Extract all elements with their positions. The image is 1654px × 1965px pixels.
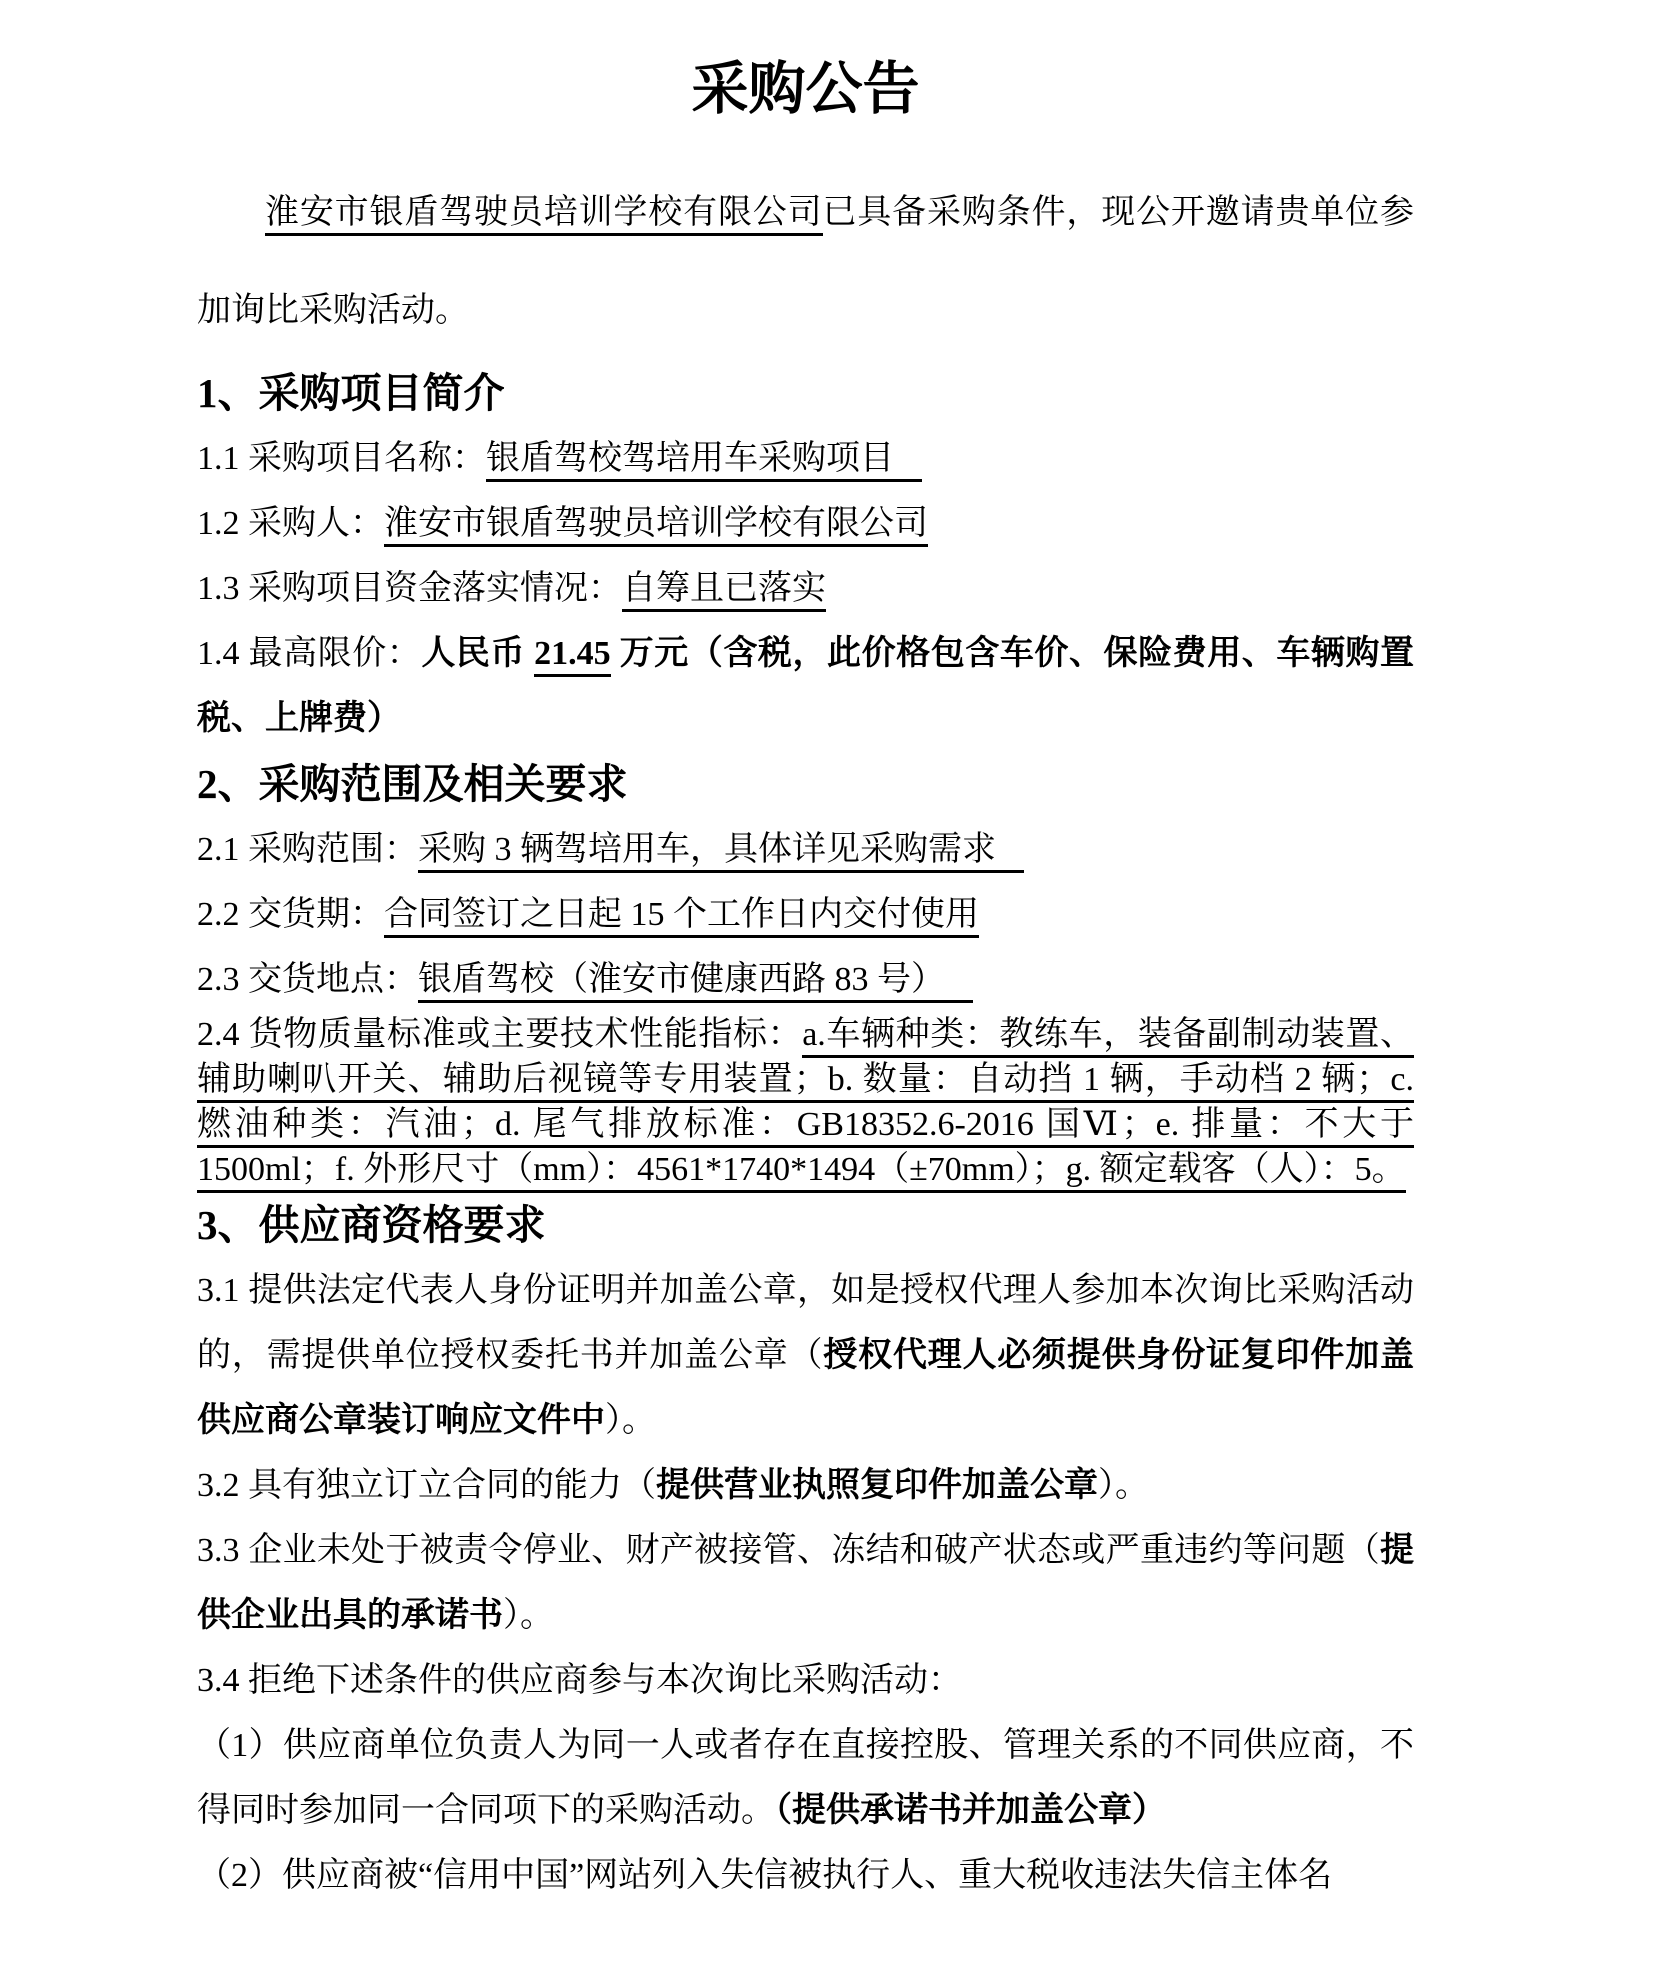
item-3-4-sub2-text: （2）供应商被“信用中国”网站列入失信被执行人、重大税收违法失信主体名 <box>197 1857 1332 1894</box>
item-2-3-value: 银盾驾校（淮安市健康西路 83 号） <box>418 961 973 1003</box>
item-3-3: 3.3 企业未处于被责令停业、财产被接管、冻结和破产状态或严重违约等问题（提供企… <box>197 1518 1414 1648</box>
item-2-1-label: 2.1 采购范围： <box>197 831 418 868</box>
section-1-heading: 1、采购项目简介 <box>197 360 1414 426</box>
document-page: 采购公告 淮安市银盾驾驶员培训学校有限公司已具备采购条件，现公开邀请贵单位参加询… <box>0 0 1654 1965</box>
item-3-3-text: 3.3 企业未处于被责令停业、财产被接管、冻结和破产状态或严重违约等问题（ <box>197 1532 1380 1569</box>
item-2-4-label: 2.4 货物质量标准或主要技术性能指标： <box>197 1016 802 1053</box>
item-1-4-label: 1.4 最高限价： <box>197 635 421 672</box>
item-1-3: 1.3 采购项目资金落实情况：自筹且已落实 <box>197 556 1414 621</box>
item-1-2-value: 淮安市银盾驾驶员培训学校有限公司 <box>384 505 928 547</box>
company-name-underlined: 淮安市银盾驾驶员培训学校有限公司 <box>265 194 823 236</box>
max-price-value: 21.45 <box>534 635 611 677</box>
item-1-1-value: 银盾驾校驾培用车采购项目 <box>486 440 922 482</box>
item-1-1-label: 1.1 采购项目名称： <box>197 440 486 477</box>
section-3-heading: 3、供应商资格要求 <box>197 1192 1414 1258</box>
item-2-1: 2.1 采购范围：采购 3 辆驾培用车，具体详见采购需求 <box>197 817 1414 882</box>
item-3-3-post: ）。 <box>503 1597 554 1634</box>
document-title: 采购公告 <box>197 46 1414 134</box>
item-3-4: 3.4 拒绝下述条件的供应商参与本次询比采购活动： <box>197 1648 1414 1713</box>
item-3-4-sub1-bold: （提供承诺书并加盖公章） <box>775 1792 1166 1829</box>
item-3-4-sub1: （1）供应商单位负责人为同一人或者存在直接控股、管理关系的不同供应商，不得同时参… <box>197 1713 1414 1843</box>
item-2-4: 2.4 货物质量标准或主要技术性能指标：a.车辆种类：教练车，装备副制动装置、辅… <box>197 1012 1414 1192</box>
item-3-2-text: 3.2 具有独立订立合同的能力（ <box>197 1467 656 1504</box>
item-3-2-post: ）。 <box>1098 1467 1149 1504</box>
item-2-2-label: 2.2 交货期： <box>197 896 384 933</box>
item-3-1-post: ）。 <box>605 1402 656 1439</box>
item-1-1: 1.1 采购项目名称：银盾驾校驾培用车采购项目 <box>197 426 1414 491</box>
item-3-4-sub2: （2）供应商被“信用中国”网站列入失信被执行人、重大税收违法失信主体名 <box>197 1843 1414 1908</box>
item-1-2: 1.2 采购人：淮安市银盾驾驶员培训学校有限公司 <box>197 491 1414 556</box>
item-1-4-bold-pre: 人民币 <box>421 635 534 672</box>
item-1-4: 1.4 最高限价：人民币 21.45 万元（含税，此价格包含车价、保险费用、车辆… <box>197 621 1414 751</box>
section-2-heading: 2、采购范围及相关要求 <box>197 751 1414 817</box>
item-3-4-text: 3.4 拒绝下述条件的供应商参与本次询比采购活动： <box>197 1662 962 1699</box>
item-1-3-value: 自筹且已落实 <box>622 570 826 612</box>
item-3-2-bold: 提供营业执照复印件加盖公章 <box>656 1467 1098 1504</box>
item-1-2-label: 1.2 采购人： <box>197 505 384 542</box>
item-2-1-value: 采购 3 辆驾培用车，具体详见采购需求 <box>418 831 1024 873</box>
item-3-2: 3.2 具有独立订立合同的能力（提供营业执照复印件加盖公章）。 <box>197 1453 1414 1518</box>
item-1-3-label: 1.3 采购项目资金落实情况： <box>197 570 622 607</box>
item-2-3-label: 2.3 交货地点： <box>197 961 418 998</box>
item-2-2: 2.2 交货期：合同签订之日起 15 个工作日内交付使用 <box>197 882 1414 947</box>
item-3-1: 3.1 提供法定代表人身份证明并加盖公章，如是授权代理人参加本次询比采购活动的，… <box>197 1258 1414 1453</box>
intro-paragraph: 淮安市银盾驾驶员培训学校有限公司已具备采购条件，现公开邀请贵单位参加询比采购活动… <box>197 164 1414 360</box>
item-2-3: 2.3 交货地点：银盾驾校（淮安市健康西路 83 号） <box>197 947 1414 1012</box>
item-2-2-value: 合同签订之日起 15 个工作日内交付使用 <box>384 896 979 938</box>
